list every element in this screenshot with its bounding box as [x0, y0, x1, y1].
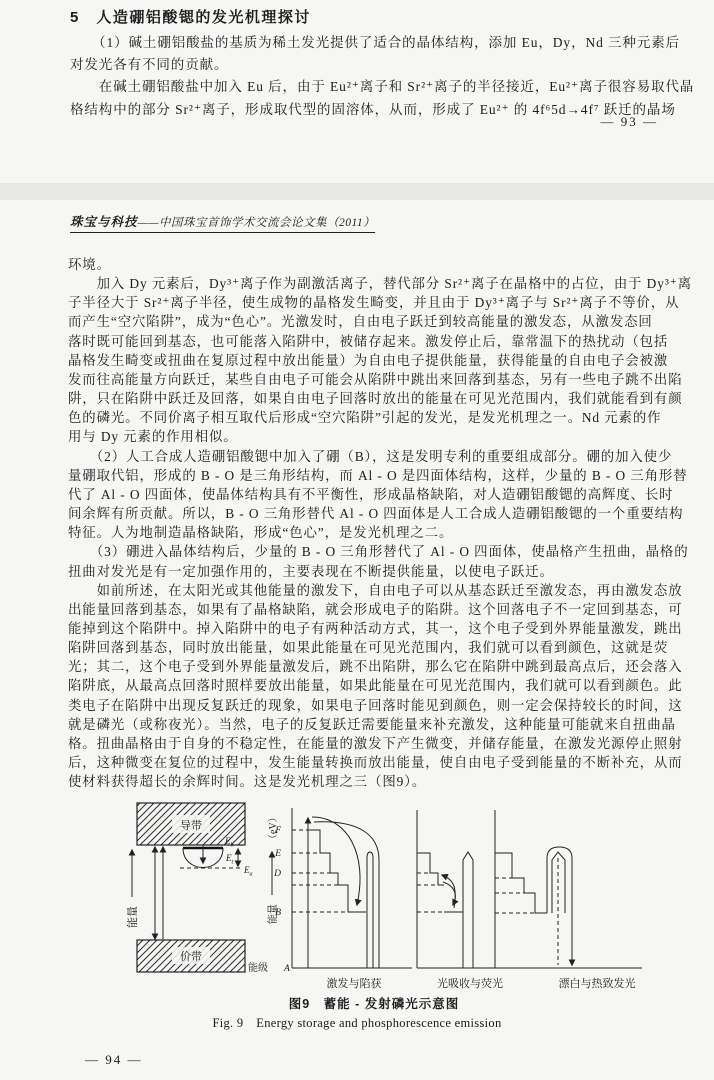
- text-line: 量硼取代铝，形成的 B - O 是三角形结构，而 Al - O 是四面体结构，这…: [68, 466, 692, 485]
- text-line: 阱，只在陷阱中跃迁及回落，如果自由电子回落时放出的能量在可见光范围内，我们就能看…: [68, 389, 692, 408]
- staircase: [417, 853, 444, 885]
- text-line: 发而往高能量方向跃迁，某些自由电子可能会从陷阱中跳出来回落到基态，另有一些电子跳…: [68, 370, 692, 389]
- text-line: 光；其二，这个电子受到外界能量激发后，跳不出陷阱，那么它在陷阱中跳到最高点后，还…: [68, 657, 692, 676]
- text-line: 落时既可能回到基态，也可能落入陷阱中，被储存起来。激发停止后，靠常温下的热扰动（…: [68, 332, 692, 351]
- journal-running-header: 珠宝与科技——中国珠宝首饰学术交流会论文集（2011）: [70, 212, 375, 233]
- text-line: 后，这种微变在复位的过程中，发生能量转换而放出能量，使自由电子受到能量的不断补充…: [68, 753, 692, 772]
- panel-band-diagram: 导带 价带 能量 Eb Et Ea: [125, 803, 253, 972]
- conduction-band-label: 导带: [180, 818, 202, 832]
- text-line: 子半径大于 Sr²⁺离子半径，使生成物的晶格发生畸变，并且由于 Dy³⁺离子与 …: [68, 293, 692, 312]
- text-line: 格。扭曲晶格由于自身的不稳定性，在能量的激发下产生微变，并储存能量，在激发光源停…: [68, 734, 692, 753]
- text-line: 而产生“空穴陷阱”，成为“色心”。光激发时，自由电子跃迁到较高能量的激发态，从激…: [68, 312, 692, 331]
- text-line: 类电子在陷阱中出现反复跃迁的现象，如果电子回落时能见到颜色，则一定会保持较长的时…: [68, 696, 692, 715]
- energy-ea-label: Ea: [243, 865, 253, 878]
- valence-band-label: 价带: [180, 949, 202, 963]
- text-line: （1）碱土硼铝酸盐的基质为稀土发光提供了适合的晶体结构，添加 Eu，Dy，Nd …: [70, 32, 694, 54]
- text-line: 陷阱底，从最高点回落时照样要放出能量，如果此能量在可见光范围内，我们就可以看到颜…: [68, 676, 692, 695]
- text-line: 环境。: [68, 255, 692, 274]
- escape-hairpin-path: [547, 847, 572, 965]
- trap-column: [367, 852, 373, 968]
- top-paragraph-lines: （1）碱土硼铝酸盐的基质为稀土发光提供了适合的晶体结构，添加 Eu，Dy，Nd …: [70, 32, 694, 121]
- journal-subtitle: ——中国珠宝首饰学术交流会论文集（2011）: [138, 217, 376, 229]
- text-line: 出能量回落到基态，如果有了晶格缺陷，就会形成电子的陷阱。这个回落电子不一定回到基…: [68, 600, 692, 619]
- page-gap-divider: [0, 183, 714, 200]
- energy-et-label: Et: [225, 853, 234, 866]
- level-e-label: E: [274, 849, 281, 859]
- panel-bleach-thermoluminescence: 漂白与热致发光: [495, 810, 642, 990]
- panel3-caption: 光吸收与荧光: [437, 976, 503, 990]
- page-main: 珠宝与科技——中国珠宝首饰学术交流会论文集（2011） 环境。 加入 Dy 元素…: [0, 200, 714, 1080]
- scanned-document-page: { "colors":{"page_bg":"#f6f6f4","gap_bg"…: [0, 0, 714, 1080]
- panel2-caption: 激发与陷获: [327, 976, 382, 990]
- page-fragment-top: 5 人造硼铝酸锶的发光机理探讨 （1）碱土硼铝酸盐的基质为稀土发光提供了适合的晶…: [0, 0, 714, 183]
- text-line: 代了 Al - O 四面体，使晶体结构具有不平衡性，形成晶格缺陷，对人造硼铝酸锶…: [68, 485, 692, 504]
- figure-9-diagram: 导带 价带 能量 Eb Et Ea （eV） 能量 能级: [80, 800, 675, 994]
- text-line: 对发光各有不同的贡献。: [70, 54, 694, 76]
- text-line: （2）人工合成人造硼铝酸锶中加入了硼（B），这是发明专利的重要组成部分。硼的加入…: [68, 447, 692, 466]
- panel4-caption: 漂白与热致发光: [559, 976, 636, 990]
- text-line: 使材料获得超长的余辉时间。这是发光机理之三（图9）。: [68, 772, 692, 791]
- staircase: [495, 853, 547, 913]
- staircase: [308, 830, 366, 912]
- body-text: 环境。 加入 Dy 元素后，Dy³⁺离子作为副激活离子，替代部分 Sr²⁺离子在…: [68, 255, 692, 791]
- text-line: 间余辉有所贡献。所以，B - O 三角形替代 Al - O 四面体是人工合成人造…: [68, 504, 692, 523]
- text-line: 特征。人为地制造晶格缺陷，形成“色心”，是发光机理之二。: [68, 523, 692, 542]
- figure-caption-cn: 图9 蓄能 - 发射磷光示意图: [0, 994, 714, 1012]
- level-a-label: A: [283, 964, 290, 974]
- energy-axis-label: 能量: [125, 906, 139, 928]
- panel-absorption-fluorescence: 光吸收与荧光: [417, 810, 527, 990]
- text-line: 晶格发生畸变或扭曲在复原过程中放出能量）为自由电子提供能量，获得能量的自由电子会…: [68, 351, 692, 370]
- text-line: 加入 Dy 元素后，Dy³⁺离子作为副激活离子，替代部分 Sr²⁺离子在晶格中的…: [68, 274, 692, 293]
- level-f-label: F: [274, 826, 281, 836]
- panel-excitation-trapping: （eV） 能量 能级 A F E D B 激发与陷获: [248, 808, 412, 990]
- section-heading: 5 人造硼铝酸锶的发光机理探讨: [70, 6, 311, 27]
- figure-caption-en: Fig. 9 Energy storage and phosphorescenc…: [0, 1013, 714, 1031]
- text-line: 就是磷光（或称夜光）。当然，电子的反复跃迁需要能量来补充激发，这种能量可能就来自…: [68, 715, 692, 734]
- text-line: 用与 Dy 元素的作用相似。: [68, 427, 692, 446]
- page-number-93: — 93 —: [601, 114, 659, 130]
- text-line: 陷阱回落到基态，同时放出能量，如果此能量在可见光范围内，我们就可以看到颜色，这就…: [68, 638, 692, 657]
- outer-return-path: [314, 822, 379, 968]
- text-line: 能掉到这个陷阱中。掉入陷阱中的电子有两种活动方式，其一，这个电子受到外界能量激发…: [68, 619, 692, 638]
- page-number-94: — 94 —: [85, 1052, 143, 1068]
- level-b-label: B: [275, 908, 281, 918]
- journal-title: 珠宝与科技: [70, 215, 138, 229]
- level-d-label: D: [273, 869, 281, 879]
- text-line: 色的磷光。不同价离子相互取代后形成“空穴陷阱”引起的发光，是发光机理之一。Nd …: [68, 408, 692, 427]
- text-line: 在碱土硼铝酸盐中加入 Eu 后，由于 Eu²⁺离子和 Sr²⁺离子的半径接近，E…: [70, 76, 694, 98]
- absorption-arc-up: [442, 875, 455, 908]
- text-line: 如前所述，在太阳光或其他能量的激发下，自由电子可以从基态跃迁至激发态，再由激发态…: [68, 581, 692, 600]
- text-line: （3）硼进入晶体结构后，少量的 B - O 三角形替代了 Al - O 四面体，…: [68, 542, 692, 561]
- text-line: 扭曲对发光是有一定加强作用的，主要表现在不断提供能量，以使电子跃迁。: [68, 562, 692, 581]
- pointed-trap-column: [463, 852, 473, 968]
- level-axis-label: 能级: [248, 961, 268, 974]
